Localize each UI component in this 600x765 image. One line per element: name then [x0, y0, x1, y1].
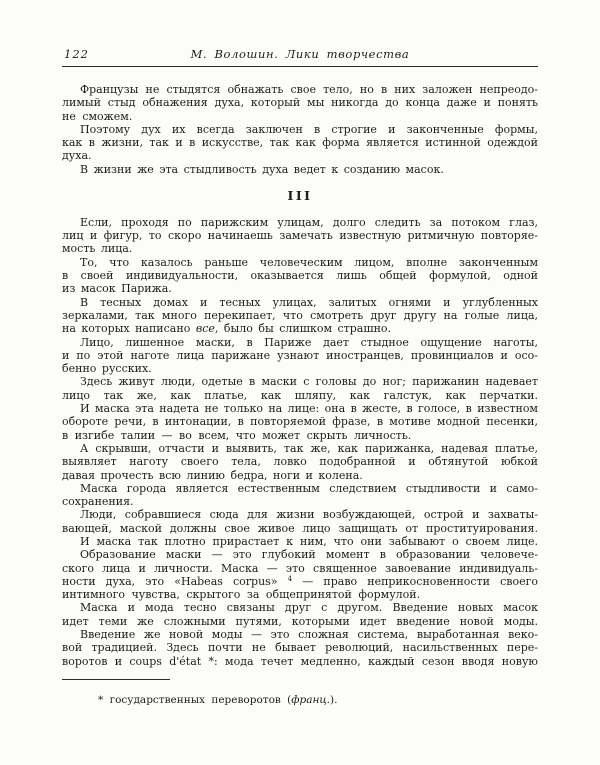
- text-segment: зеркалами, так много перекипает, что смо…: [62, 309, 538, 322]
- text-segment: на которых написано: [62, 322, 196, 335]
- text-line: Маска и мода тесно связаны друг с другом…: [62, 601, 538, 614]
- footnote-text: * государственных переворотов (франц.).: [62, 694, 538, 707]
- text-line: Введение же новой моды — это сложная сис…: [62, 628, 538, 641]
- header-rule: [62, 66, 538, 67]
- text-segment: И маска эта надета не только на лице: он…: [80, 402, 538, 415]
- text-line: обороте речи, в интонации, в повторяемой…: [62, 415, 538, 428]
- text-line: Маска города является естественным следс…: [62, 482, 538, 495]
- text-segment: духа.: [62, 149, 92, 162]
- text-line: В тесных домах и тесных улицах, залитых …: [62, 296, 538, 309]
- text-segment: в изгибе талии — во всем, что может скры…: [62, 429, 411, 442]
- text-segment: все: [196, 322, 215, 335]
- text-line: интимного чувства, скрытого за общеприня…: [62, 588, 538, 601]
- text-segment: А скрывши, отчасти и выявить, так же, ка…: [80, 442, 538, 455]
- text-segment: и по этой наготе лица парижане узнают ин…: [62, 349, 538, 362]
- text-line: вой традицией. Здесь почти не бывает рев…: [62, 641, 538, 654]
- text-segment: ности духа, это «Habeas corpus»: [62, 575, 288, 588]
- book-page: 122 М. Волошин. Лики творчества Французы…: [0, 0, 600, 765]
- text-line: в своей индивидуальности, оказывается ли…: [62, 269, 538, 282]
- text-segment: Образование маски — это глубокий момент …: [80, 548, 538, 561]
- text-line: и по этой наготе лица парижане узнают ин…: [62, 349, 538, 362]
- text-line: на которых написано все, было бы слишком…: [62, 322, 538, 335]
- text-line: мость лица.: [62, 242, 538, 255]
- text-segment: В тесных домах и тесных улицах, залитых …: [80, 296, 538, 309]
- text-segment: вающей, маской должны свое живое лицо за…: [62, 522, 538, 535]
- text-line: зеркалами, так много перекипает, что смо…: [62, 309, 538, 322]
- page-number: 122: [64, 48, 89, 61]
- text-line: сохранения.: [62, 495, 538, 508]
- text-segment: давая прочесть всю линию бедра, ноги и к…: [62, 469, 363, 482]
- text-segment: Французы не стыдятся обнажать свое тело,…: [80, 83, 538, 96]
- text-segment: интимного чувства, скрытого за общеприня…: [62, 588, 420, 601]
- text-segment: * государственных переворотов (: [98, 694, 291, 706]
- text-segment: ского лица и личности. Маска — это свяще…: [62, 562, 538, 575]
- text-line: И маска эта надета не только на лице: он…: [62, 402, 538, 415]
- text-segment: Здесь живут люди, одетые в маски с голов…: [80, 375, 538, 388]
- text-line: Лицо, лишенное маски, в Париже дает стыд…: [62, 336, 538, 349]
- text-segment: лицо так же, как платье, как шляпу, как …: [62, 389, 538, 402]
- text-line: лиц и фигур, то скоро начинаешь замечать…: [62, 229, 538, 242]
- text-segment: франц.: [291, 694, 330, 706]
- footnote: * государственных переворотов (франц.).: [62, 694, 538, 707]
- text-line: ности духа, это «Habeas corpus» 4 — прав…: [62, 575, 538, 588]
- text-segment: Если, проходя по парижским улицам, долго…: [80, 216, 538, 229]
- text-segment: как в жизни, так и в искусстве, так как …: [62, 136, 538, 149]
- text-segment: лиц и фигур, то скоро начинаешь замечать…: [62, 229, 538, 242]
- text-line: Образование маски — это глубокий момент …: [62, 548, 538, 561]
- text-line: воротов и coups d'état *: мода течет мед…: [62, 655, 538, 668]
- text-segment: Лицо, лишенное маски, в Париже дает стыд…: [80, 336, 538, 349]
- text-segment: воротов и coups d'état *: мода течет мед…: [62, 655, 538, 668]
- text-line: как в жизни, так и в искусстве, так как …: [62, 136, 538, 149]
- text-line: Люди, собравшиеся сюда для жизни возбужд…: [62, 508, 538, 521]
- text-line: лимый стыд обнажения духа, который мы ни…: [62, 96, 538, 109]
- text-line: Здесь живут люди, одетые в маски с голов…: [62, 375, 538, 388]
- footnote-rule: [62, 679, 170, 680]
- text-segment: Маска и мода тесно связаны друг с другом…: [80, 601, 538, 614]
- text-line: не сможем.: [62, 110, 538, 123]
- text-line: бенно русских.: [62, 362, 538, 375]
- text-segment: в своей индивидуальности, оказывается ли…: [62, 269, 538, 282]
- text-segment: , было бы слишком страшно.: [215, 322, 391, 335]
- text-line: Поэтому дух их всегда заключен в строгие…: [62, 123, 538, 136]
- text-segment: из масок Парижа.: [62, 282, 172, 295]
- text-line: В жизни же эта стыдливость духа ведет к …: [62, 163, 538, 176]
- text-line: вающей, маской должны свое живое лицо за…: [62, 522, 538, 535]
- text-segment: выявляет наготу своего тела, ловко подоб…: [62, 455, 538, 468]
- text-segment: Маска города является естественным следс…: [80, 482, 538, 495]
- text-segment: Люди, собравшиеся сюда для жизни возбужд…: [80, 508, 538, 521]
- text-line: в изгибе талии — во всем, что может скры…: [62, 429, 538, 442]
- text-line: Если, проходя по парижским улицам, долго…: [62, 216, 538, 229]
- running-title: М. Волошин. Лики творчества: [62, 48, 538, 61]
- text-line: духа.: [62, 149, 538, 162]
- text-line: выявляет наготу своего тела, ловко подоб…: [62, 455, 538, 468]
- text-segment: Введение же новой моды — это сложная сис…: [80, 628, 538, 641]
- text-line: И маска так плотно прирастает к ним, что…: [62, 535, 538, 548]
- text-segment: — право неприкосновенности своего: [292, 575, 538, 588]
- text-block: Французы не стыдятся обнажать свое тело,…: [62, 83, 538, 668]
- text-segment: сохранения.: [62, 495, 134, 508]
- text-line: А скрывши, отчасти и выявить, так же, ка…: [62, 442, 538, 455]
- text-line: давая прочесть всю линию бедра, ноги и к…: [62, 469, 538, 482]
- text-line: из масок Парижа.: [62, 282, 538, 295]
- section-heading: III: [62, 189, 538, 202]
- text-segment: не сможем.: [62, 110, 132, 123]
- text-line: То, что казалось раньше человеческим лиц…: [62, 256, 538, 269]
- text-line: лицо так же, как платье, как шляпу, как …: [62, 389, 538, 402]
- text-segment: Поэтому дух их всегда заключен в строгие…: [80, 123, 538, 136]
- text-segment: бенно русских.: [62, 362, 152, 375]
- text-line: Французы не стыдятся обнажать свое тело,…: [62, 83, 538, 96]
- text-segment: ).: [330, 694, 337, 706]
- text-segment: 4: [288, 575, 292, 583]
- text-segment: идет теми же сложными путями, которыми и…: [62, 615, 538, 628]
- text-line: ского лица и личности. Маска — это свяще…: [62, 562, 538, 575]
- running-head: 122 М. Волошин. Лики творчества: [62, 48, 538, 62]
- text-segment: вой традицией. Здесь почти не бывает рев…: [62, 641, 538, 654]
- text-segment: И маска так плотно прирастает к ним, что…: [80, 535, 538, 548]
- text-segment: обороте речи, в интонации, в повторяемой…: [62, 415, 538, 428]
- text-line: идет теми же сложными путями, которыми и…: [62, 615, 538, 628]
- text-segment: В жизни же эта стыдливость духа ведет к …: [80, 163, 444, 176]
- text-segment: То, что казалось раньше человеческим лиц…: [80, 256, 538, 269]
- text-segment: лимый стыд обнажения духа, который мы ни…: [62, 96, 538, 109]
- text-segment: мость лица.: [62, 242, 132, 255]
